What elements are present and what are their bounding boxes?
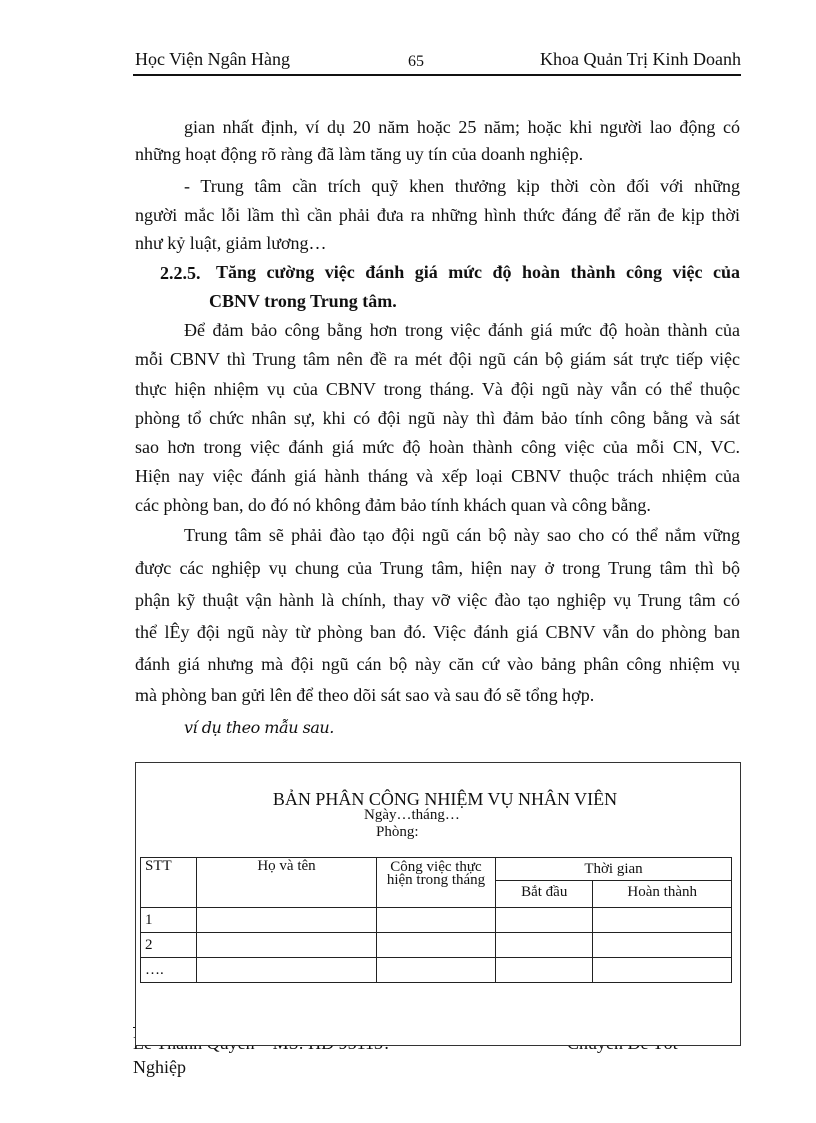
paragraph-line: - Trung tâm cần trích quỹ khen thưởng kị… [184, 175, 740, 197]
page-number: 65 [408, 53, 424, 71]
cell-start [496, 933, 593, 958]
cell-start [496, 908, 593, 933]
cell-name [197, 908, 377, 933]
header-rule [133, 74, 741, 76]
assignment-form-box: BẢN PHÂN CÔNG NHIỆM VỤ NHÂN VIÊN Ngày…th… [135, 762, 741, 1046]
paragraph-line: được các nghiệp vụ chung của Trung tâm, … [135, 557, 740, 579]
paragraph-line: mỗi CBNV thì Trung tâm nên đề ra mét đội… [135, 348, 740, 370]
paragraph-line: mà phòng ban gửi lên để theo dõi sát sao… [135, 684, 740, 706]
cell-start [496, 958, 593, 983]
form-date-line: Ngày…tháng… [364, 807, 460, 824]
cell-task [377, 958, 496, 983]
paragraph-line: phận kỹ thuật vận hành là chính, thay vỡ… [135, 589, 740, 611]
header-stt: STT [141, 858, 197, 908]
paragraph-line: Để đảm bảo công bằng hơn trong việc đánh… [184, 319, 740, 341]
paragraph-line: như kỷ luật, giảm lương… [135, 232, 740, 254]
cell-finish [593, 933, 732, 958]
paragraph-line: Trung tâm sẽ phải đào tạo đội ngũ cán bộ… [184, 524, 740, 546]
paragraph-line: sao hơn trong việc đánh giá mức độ hoàn … [135, 436, 740, 458]
table-row: …. [141, 958, 732, 983]
header-task: Công việc thực hiện trong tháng [377, 858, 496, 908]
cell-name [197, 933, 377, 958]
paragraph-line: thể lÊy đội ngũ này từ phòng ban đó. Việ… [135, 621, 740, 643]
cell-stt: 1 [141, 908, 197, 933]
paragraph-line: thực hiện nhiệm vụ của CBNV trong tháng.… [135, 378, 740, 400]
header-faculty: Khoa Quản Trị Kinh Doanh [540, 49, 741, 70]
header-name: Họ và tên [197, 858, 377, 908]
cell-task [377, 933, 496, 958]
table-row: 1 [141, 908, 732, 933]
header-start: Bắt đầu [496, 881, 593, 908]
paragraph-line: gian nhất định, ví dụ 20 năm hoặc 25 năm… [184, 116, 740, 138]
page-header: Học Viện Ngân Hàng 65 Khoa Quản Trị Kinh… [133, 46, 741, 76]
section-number: 2.2.5. [160, 263, 201, 284]
paragraph-line: các phòng ban, do đó nó không đảm bảo tí… [135, 494, 740, 516]
section-title-line: CBNV trong Trung tâm. [209, 290, 733, 312]
cell-stt: …. [141, 958, 197, 983]
section-title-line: Tăng cường việc đánh giá mức độ hoàn thà… [216, 261, 740, 283]
header-time: Thời gian [496, 858, 732, 881]
footer-continuation: Nghiệp [133, 1057, 186, 1078]
paragraph-line: những hoạt động rõ ràng đã làm tăng uy t… [135, 143, 740, 165]
header-institution: Học Viện Ngân Hàng [135, 49, 290, 70]
paragraph-line: đánh giá nhưng mà đội ngũ cán bộ này căn… [135, 653, 740, 675]
paragraph-line: Hiện nay việc đánh giá hành tháng và xếp… [135, 465, 740, 487]
header-finish: Hoàn thành [593, 881, 732, 908]
table-row: 2 [141, 933, 732, 958]
form-department-line: Phòng: [376, 824, 419, 841]
cell-finish [593, 908, 732, 933]
cell-finish [593, 958, 732, 983]
cell-stt: 2 [141, 933, 197, 958]
table-header-row: STT Họ và tên Công việc thực hiện trong … [141, 858, 732, 881]
assignment-table: STT Họ và tên Công việc thực hiện trong … [140, 857, 732, 983]
paragraph-line: người mắc lỗi lầm thì cần phải đưa ra nh… [135, 204, 740, 226]
cell-task [377, 908, 496, 933]
cell-name [197, 958, 377, 983]
paragraph-line: phòng tổ chức nhân sự, khi có đội ngũ nà… [135, 407, 740, 429]
example-note: ví dụ theo mẫu sau. [184, 718, 334, 737]
